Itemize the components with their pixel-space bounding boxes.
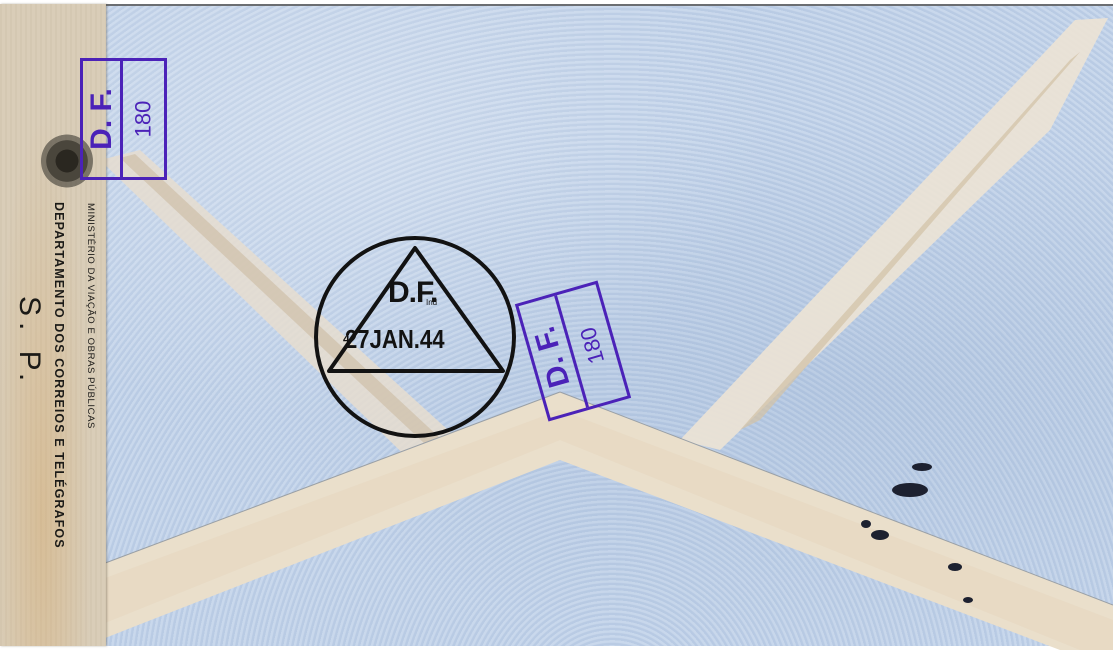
censor-stamp-number: 180 bbox=[131, 101, 157, 138]
tape-shadow bbox=[740, 52, 1080, 430]
censor-tape-region: S. P. bbox=[12, 296, 46, 387]
postmark-date: 27JAN.44 bbox=[345, 324, 445, 355]
tape-edge bbox=[560, 392, 1113, 605]
censor-stamp-number: 180 bbox=[575, 324, 610, 366]
censor-tape-department: DEPARTAMENTO DOS CORREIOS E TELÉGRAFOS bbox=[52, 202, 66, 549]
censor-tape-ministry: MINISTÉRIO DA VIAÇÃO E OBRAS PÚBLICAS bbox=[85, 203, 96, 429]
postmark-place-suffix: Ind bbox=[426, 298, 437, 307]
censor-stamp-label: D. F. bbox=[85, 88, 119, 150]
tape-chevron-shade bbox=[100, 410, 1113, 650]
tape-strip-upper-right bbox=[680, 18, 1108, 450]
censor-stamp: D. F. 180 bbox=[80, 58, 167, 180]
